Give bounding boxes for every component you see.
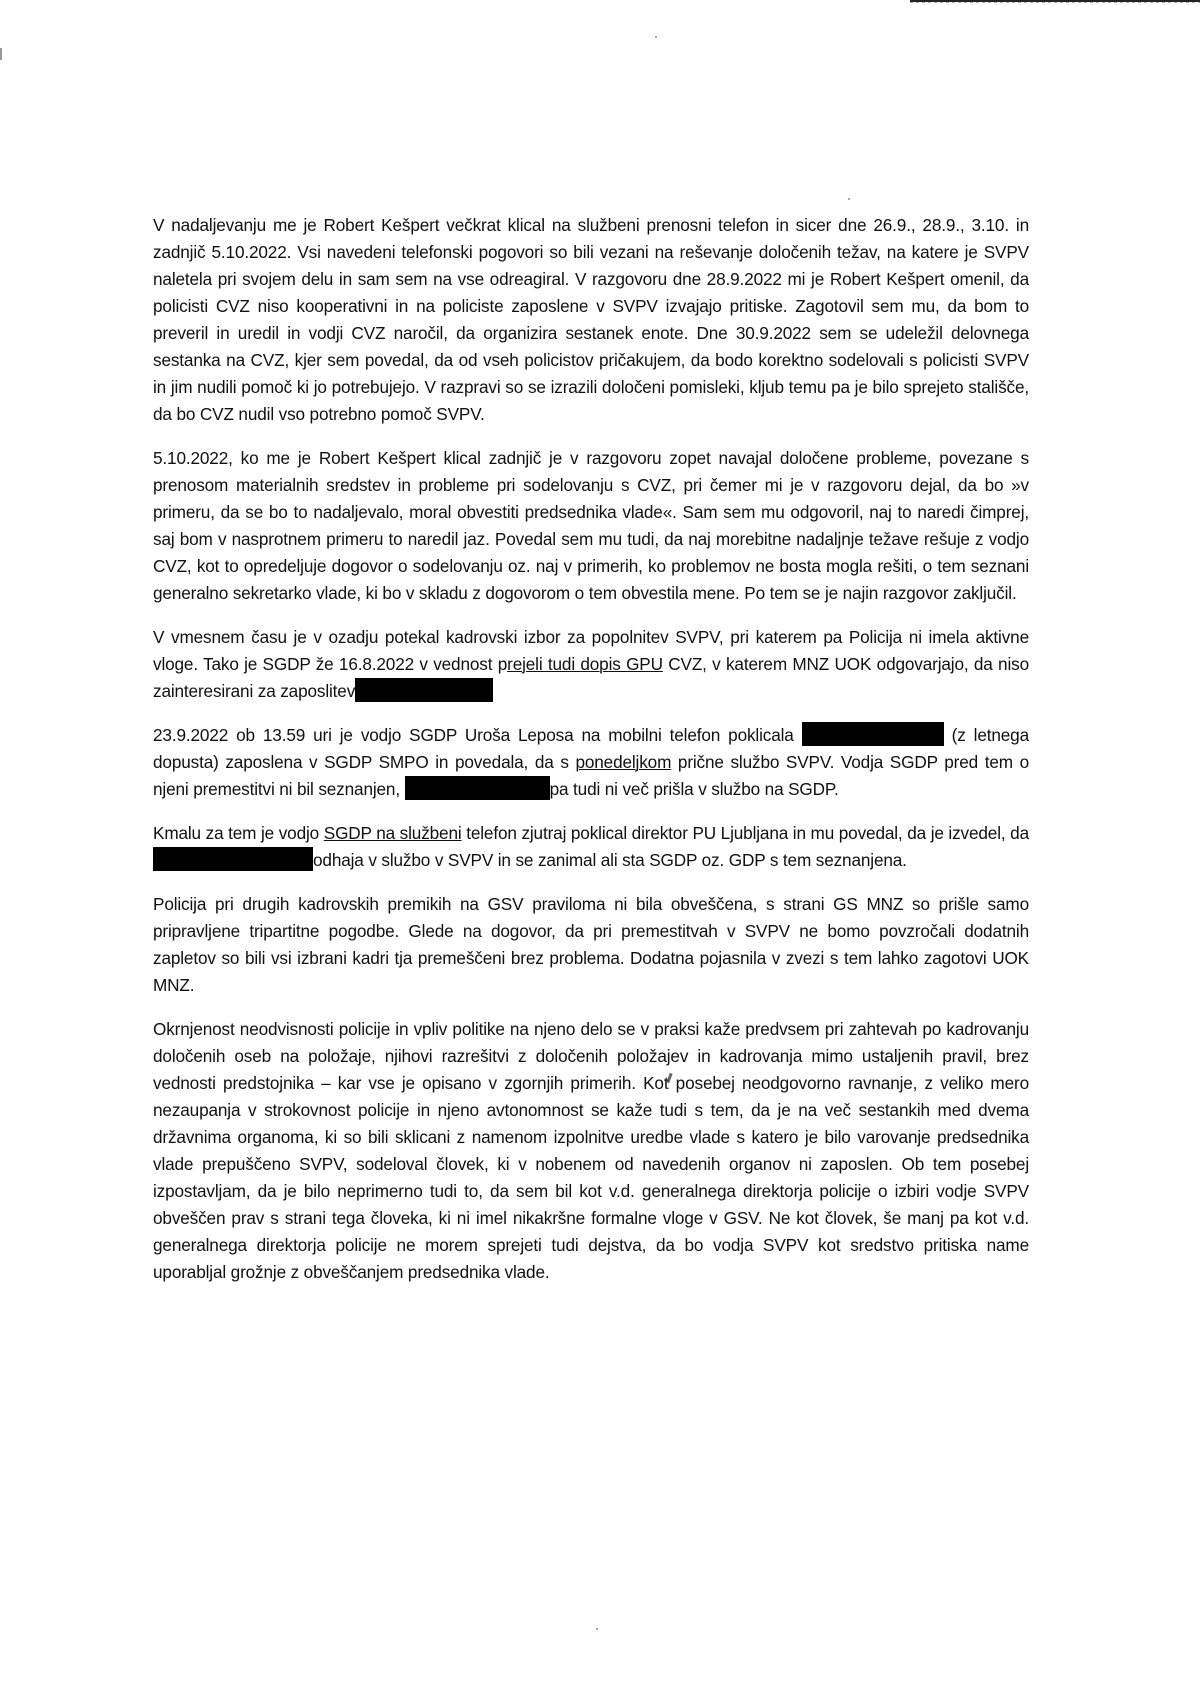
paragraph-5: Kmalu za tem je vodjo SGDP na službeni t…: [153, 820, 1029, 874]
scan-edge-noise: [910, 2, 1200, 3]
redaction-block: [153, 847, 313, 871]
underlined-text: SGDP na službeni: [324, 823, 462, 843]
document-body: V nadaljevanju me je Robert Kešpert večk…: [153, 212, 1029, 1303]
scan-speck: [596, 1628, 598, 1630]
text-segment: Kmalu za tem je vodjo: [153, 823, 324, 843]
underlined-text: ponedeljkom: [575, 752, 671, 772]
paragraph-3: V vmesnem času je v ozadju potekal kadro…: [153, 624, 1029, 705]
paragraph-6: Policija pri drugih kadrovskih premikih …: [153, 891, 1029, 999]
paragraph-2: 5.10.2022, ko me je Robert Kešpert klica…: [153, 445, 1029, 607]
redaction-block: [355, 678, 493, 702]
scan-margin-mark: [0, 48, 2, 60]
text-segment: telefon zjutraj poklical direktor PU Lju…: [462, 823, 1029, 843]
text-segment: odhaja v službo v SVPV in se zanimal ali…: [313, 850, 907, 870]
paragraph-4: 23.9.2022 ob 13.59 uri je vodjo SGDP Uro…: [153, 722, 1029, 803]
text-segment: pa tudi ni več prišla v službo na SGDP.: [550, 779, 839, 799]
scan-speck: [655, 36, 657, 38]
underlined-text: rejeli tudi dopis GPU: [507, 654, 663, 674]
scan-speck: [848, 198, 850, 200]
paragraph-7: Okrnjenost neodvisnosti policije in vpli…: [153, 1016, 1029, 1286]
redaction-block: [405, 776, 550, 800]
paragraph-1: V nadaljevanju me je Robert Kešpert večk…: [153, 212, 1029, 428]
redaction-block: [802, 722, 944, 746]
text-segment: 23.9.2022 ob 13.59 uri je vodjo SGDP Uro…: [153, 725, 802, 745]
